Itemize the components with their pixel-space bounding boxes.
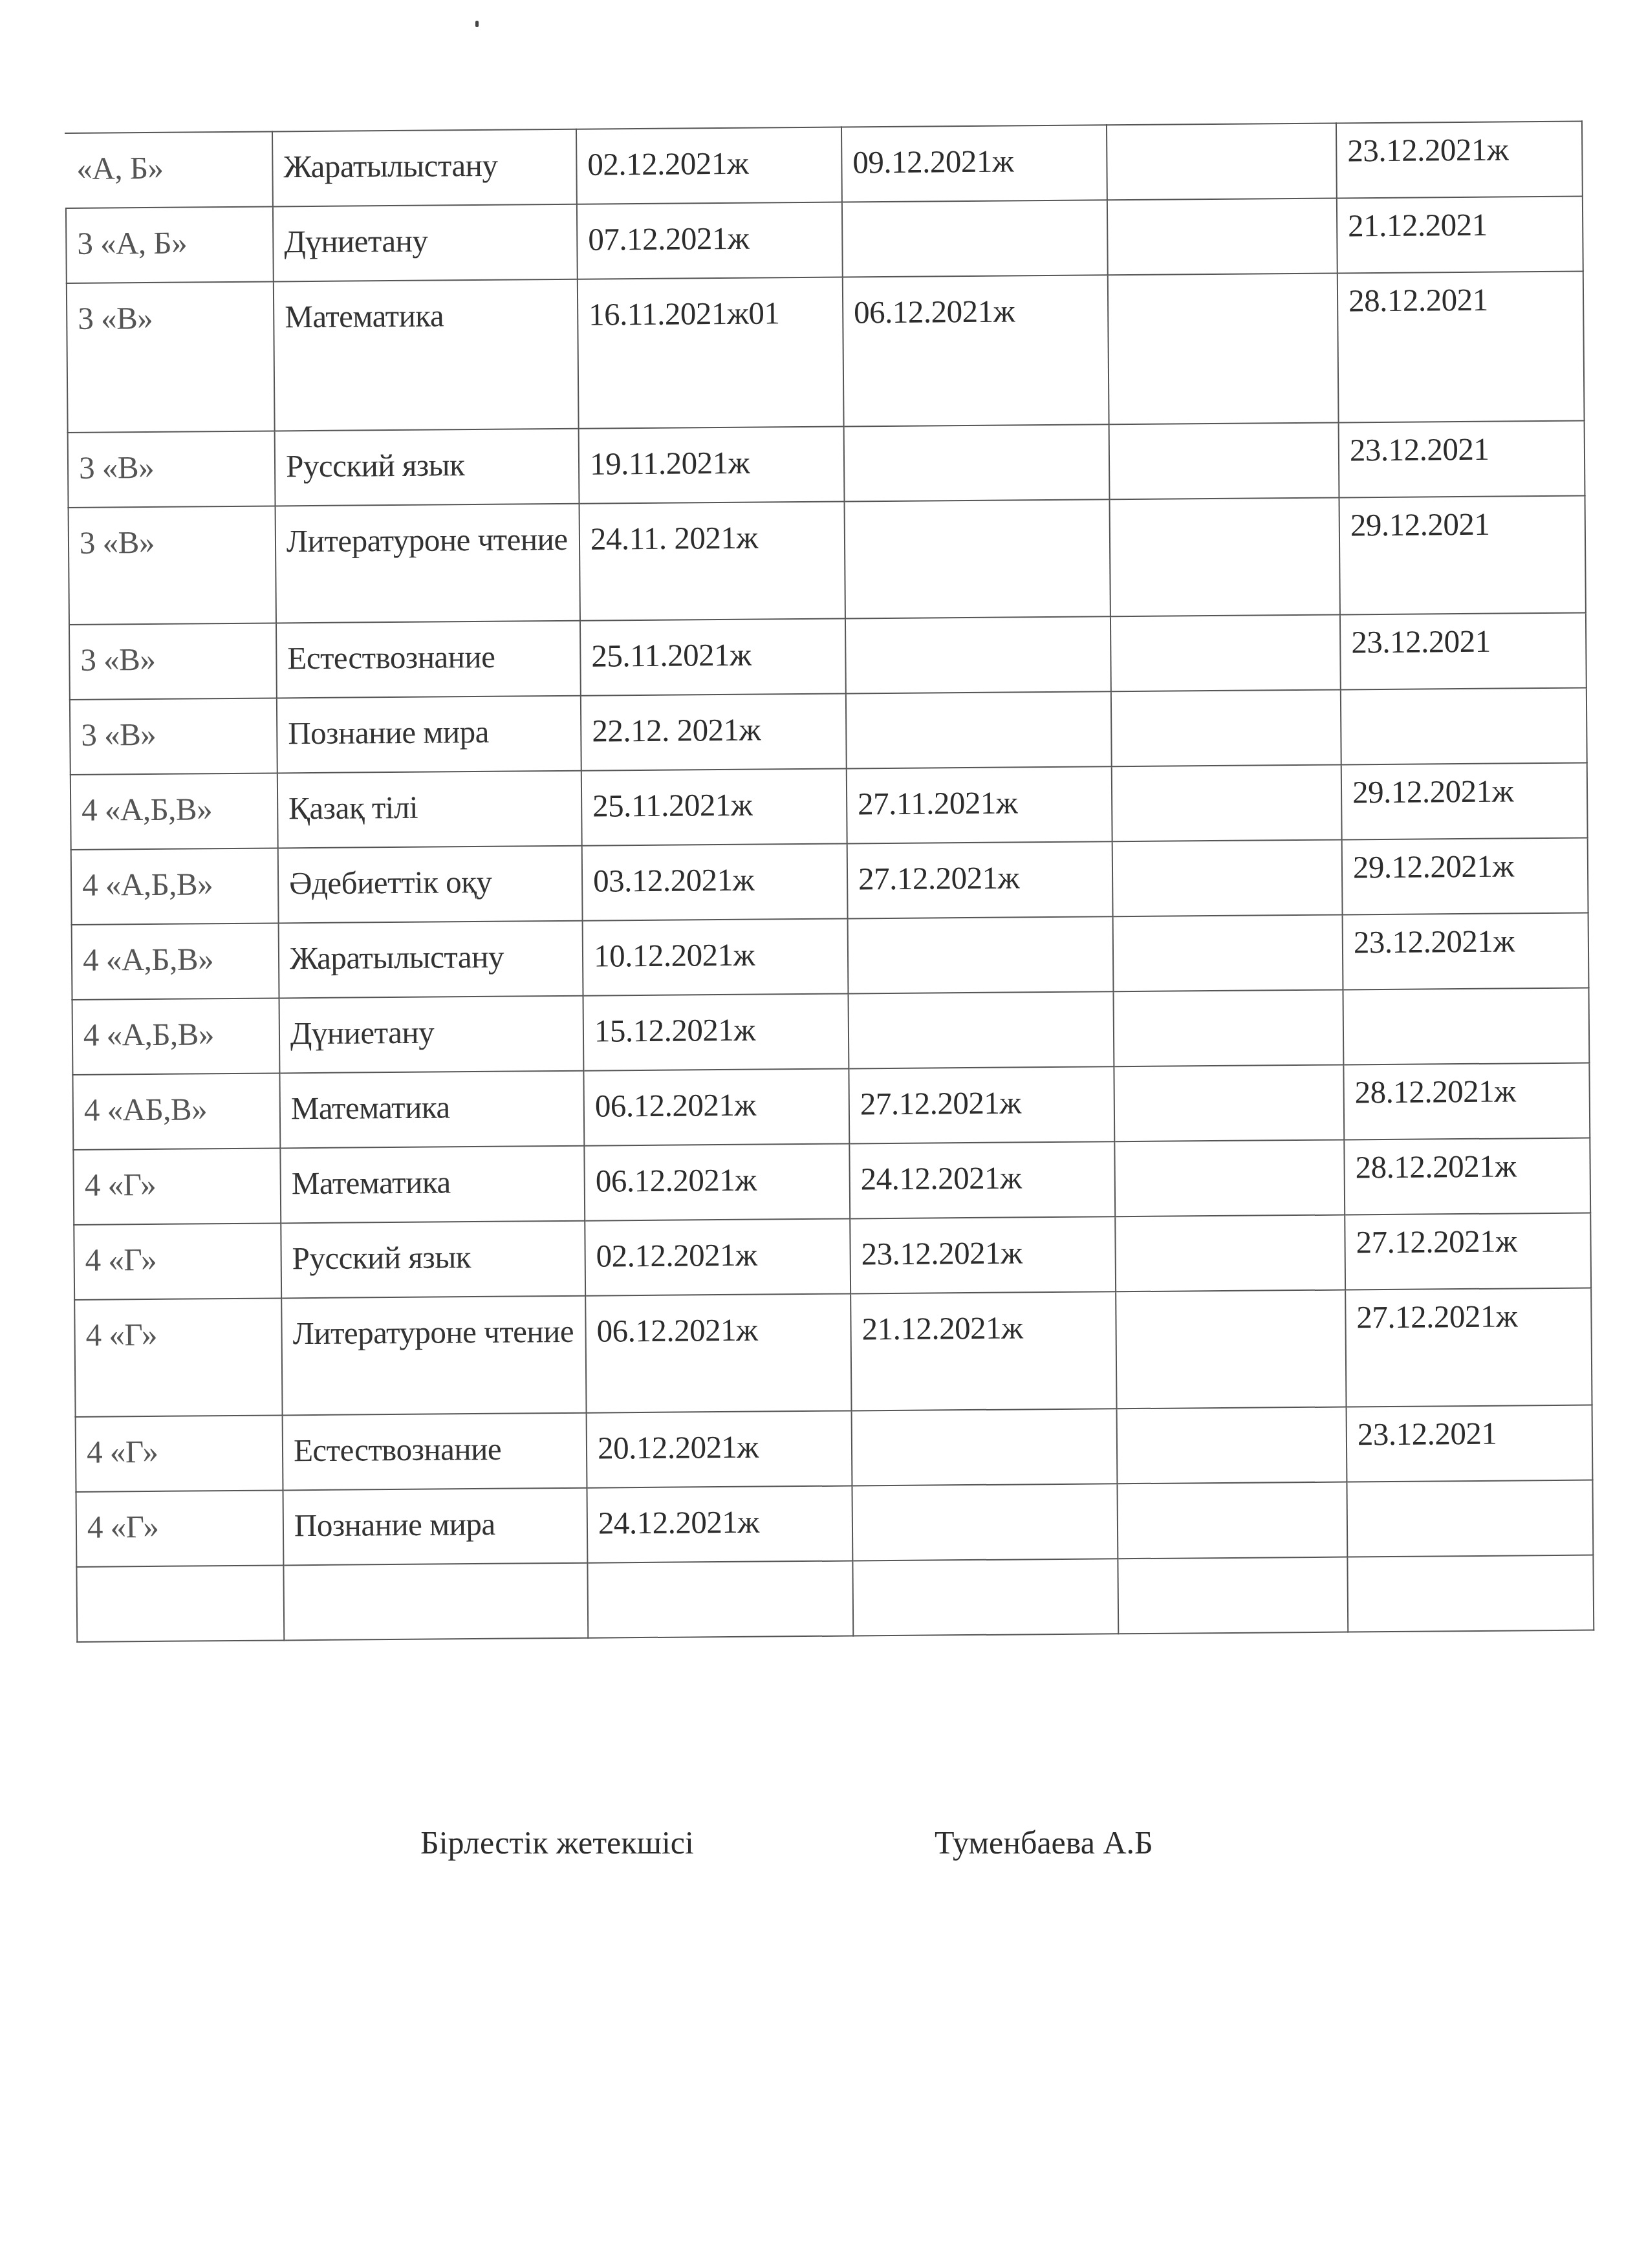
cell-date-1: 22.12. 2021ж <box>581 694 847 771</box>
cell-subject: Русский язык <box>275 429 579 506</box>
cell-class: 4 «А,Б,В» <box>72 923 279 1000</box>
cell-date-2 <box>848 991 1114 1068</box>
signature-role: Бірлестік жетекшісі <box>420 1824 694 1861</box>
table-row: 4 «Г»Литературоне чтение06.12.2021ж21.12… <box>74 1288 1592 1417</box>
cell-date-2: 24.12.2021ж <box>849 1141 1115 1218</box>
cell-date-1: 24.11. 2021ж <box>579 502 845 621</box>
cell-date-3 <box>1107 199 1337 275</box>
cell-date-4: 27.12.2021ж <box>1345 1288 1592 1407</box>
cell-class: 4 «А,Б,В» <box>71 848 279 925</box>
cell-date-2 <box>848 916 1114 993</box>
cell-date-2: 27.11.2021ж <box>847 766 1112 843</box>
cell-subject: Дүниетану <box>273 204 578 282</box>
cell-date-2 <box>852 1409 1118 1485</box>
cell-date-4: 29.12.2021 <box>1339 496 1585 615</box>
table-row: 4 «Г»Познание мира24.12.2021ж <box>76 1480 1594 1567</box>
cell-date-3 <box>1110 615 1341 692</box>
cell-date-3 <box>1117 1482 1347 1559</box>
cell-class: 3 «А, Б» <box>66 206 274 283</box>
cell-subject: Литературоне чтение <box>276 504 580 623</box>
cell-date-1: 07.12.2021ж <box>577 202 843 279</box>
cell-date-4: 21.12.2021 <box>1337 197 1583 274</box>
cell-subject <box>283 1563 588 1641</box>
cell-date-3 <box>1111 690 1341 767</box>
cell-date-1: 02.12.2021ж <box>585 1219 850 1296</box>
cell-date-2 <box>842 200 1108 277</box>
table-row: 4 «А,Б,В»Қазақ тілі25.11.2021ж27.11.2021… <box>70 763 1588 850</box>
cell-class: 4 «Г» <box>74 1298 282 1417</box>
cell-subject: Естествознание <box>276 621 581 698</box>
table-row: 4 «Г»Математика06.12.2021ж24.12.2021ж28.… <box>73 1138 1590 1225</box>
cell-date-4: 28.12.2021 <box>1337 272 1585 423</box>
cell-subject: Русский язык <box>281 1221 585 1299</box>
cell-date-1: 15.12.2021ж <box>583 994 849 1071</box>
table-row: «А, Б»Жаратылыстану02.12.2021ж09.12.2021… <box>65 122 1583 208</box>
table-row: 3 «В»Естествознание25.11.2021ж23.12.2021 <box>69 613 1586 700</box>
cell-date-1: 19.11.2021ж <box>579 427 845 504</box>
cell-date-3 <box>1114 1140 1345 1217</box>
cell-date-3 <box>1108 274 1339 425</box>
signature-name: Туменбаева А.Б <box>935 1824 1153 1861</box>
cell-date-4 <box>1347 1555 1594 1632</box>
table-row: 4 «АБ,В»Математика06.12.2021ж27.12.2021ж… <box>72 1063 1590 1150</box>
table-row: 3 «В»Познание мира22.12. 2021ж <box>70 688 1587 775</box>
cell-date-1: 25.11.2021ж <box>580 619 846 696</box>
cell-date-2 <box>852 1559 1118 1636</box>
cell-date-3 <box>1113 990 1343 1067</box>
cell-subject: Познание мира <box>277 696 581 773</box>
cell-date-4: 23.12.2021 <box>1347 1405 1593 1482</box>
cell-date-1: 24.12.2021ж <box>587 1486 852 1563</box>
table-row: 4 «А,Б,В»Әдебиеттік оқу03.12.2021ж27.12.… <box>71 838 1588 925</box>
cell-date-3 <box>1112 840 1343 917</box>
cell-subject: Жаратылыстану <box>279 921 583 999</box>
cell-date-4: 23.12.2021ж <box>1343 913 1589 990</box>
cell-date-3 <box>1107 124 1337 200</box>
cell-class: «А, Б» <box>65 131 273 208</box>
scan-speck <box>475 21 479 27</box>
cell-date-2: 23.12.2021ж <box>850 1216 1116 1293</box>
cell-date-1: 25.11.2021ж <box>581 769 847 846</box>
cell-date-2: 27.12.2021ж <box>849 1066 1114 1143</box>
cell-class: 3 «В» <box>69 623 277 700</box>
schedule-table-body: «А, Б»Жаратылыстану02.12.2021ж09.12.2021… <box>65 122 1594 1642</box>
cell-date-4: 23.12.2021ж <box>1336 122 1583 199</box>
cell-date-1: 06.12.2021ж <box>584 1144 850 1221</box>
cell-subject: Математика <box>279 1071 584 1149</box>
cell-date-1: 20.12.2021ж <box>587 1411 852 1488</box>
cell-subject: Литературоне чтение <box>281 1296 586 1416</box>
cell-date-2 <box>845 499 1110 618</box>
cell-date-4 <box>1347 1480 1593 1557</box>
cell-class: 4 «А,Б,В» <box>70 773 278 850</box>
cell-date-1: 10.12.2021ж <box>583 919 849 996</box>
cell-class: 4 «Г» <box>76 1490 284 1567</box>
cell-class: 4 «Г» <box>76 1415 283 1492</box>
table-row: 4 «А,Б,В»Дүниетану15.12.2021ж <box>72 988 1590 1075</box>
cell-date-2 <box>844 424 1110 501</box>
cell-date-3 <box>1114 1065 1344 1142</box>
table-row: 3 «В»Математика16.11.2021ж0106.12.2021ж2… <box>67 272 1585 433</box>
cell-date-2: 27.12.2021ж <box>847 841 1113 918</box>
cell-subject: Дүниетану <box>279 996 584 1074</box>
cell-class: 3 «В» <box>70 698 277 775</box>
cell-date-4: 28.12.2021ж <box>1344 1138 1590 1215</box>
cell-date-3 <box>1112 765 1342 842</box>
table-row: 3 «В»Русский язык19.11.2021ж23.12.2021 <box>68 421 1585 508</box>
cell-date-4: 28.12.2021ж <box>1343 1063 1590 1140</box>
cell-date-3 <box>1115 1215 1345 1292</box>
cell-class: 4 «Г» <box>73 1148 281 1225</box>
cell-date-3 <box>1116 1290 1346 1409</box>
cell-date-1 <box>587 1561 853 1637</box>
cell-class: 3 «В» <box>67 281 275 433</box>
cell-date-1: 06.12.2021ж <box>585 1294 851 1413</box>
cell-class: 3 «В» <box>68 431 276 508</box>
cell-date-2 <box>852 1484 1118 1561</box>
cell-date-2: 09.12.2021ж <box>841 125 1107 202</box>
cell-date-2: 21.12.2021ж <box>850 1291 1116 1410</box>
schedule-table: «А, Б»Жаратылыстану02.12.2021ж09.12.2021… <box>65 121 1594 1643</box>
table-row: 3 «А, Б»Дүниетану07.12.2021ж21.12.2021 <box>66 197 1583 283</box>
cell-subject: Естествознание <box>283 1413 587 1491</box>
cell-subject: Познание мира <box>283 1488 587 1566</box>
cell-date-2: 06.12.2021ж <box>843 275 1109 426</box>
table-row <box>76 1555 1594 1642</box>
table-row: 4 «Г»Естествознание20.12.2021ж23.12.2021 <box>76 1405 1593 1492</box>
cell-date-3 <box>1118 1557 1348 1634</box>
cell-class: 4 «АБ,В» <box>72 1073 280 1150</box>
cell-date-1: 06.12.2021ж <box>583 1069 849 1146</box>
scanned-page: «А, Б»Жаратылыстану02.12.2021ж09.12.2021… <box>0 0 1635 2268</box>
cell-date-3 <box>1113 915 1343 992</box>
cell-subject: Жаратылыстану <box>272 129 577 207</box>
cell-date-3 <box>1110 498 1340 617</box>
cell-class: 4 «А,Б,В» <box>72 998 280 1075</box>
cell-subject: Әдебиеттік оқу <box>278 846 583 923</box>
cell-class: 3 «В» <box>69 506 276 625</box>
cell-date-1: 03.12.2021ж <box>582 844 848 921</box>
cell-date-2 <box>845 616 1111 693</box>
cell-date-4: 23.12.2021 <box>1339 421 1585 498</box>
cell-subject: Математика <box>280 1146 585 1224</box>
cell-class <box>76 1565 284 1642</box>
table-row: 4 «А,Б,В»Жаратылыстану10.12.2021ж23.12.2… <box>72 913 1589 1000</box>
schedule-table-container: «А, Б»Жаратылыстану02.12.2021ж09.12.2021… <box>65 121 1593 1643</box>
cell-date-4: 23.12.2021 <box>1340 613 1586 690</box>
cell-subject: Математика <box>274 279 579 431</box>
cell-class: 4 «Г» <box>74 1223 281 1300</box>
cell-subject: Қазақ тілі <box>277 771 582 848</box>
table-row: 4 «Г»Русский язык02.12.2021ж23.12.2021ж2… <box>74 1213 1591 1300</box>
cell-date-4: 27.12.2021ж <box>1345 1213 1591 1290</box>
cell-date-4: 29.12.2021ж <box>1342 838 1588 915</box>
cell-date-3 <box>1117 1407 1347 1484</box>
cell-date-1: 16.11.2021ж01 <box>578 277 844 429</box>
cell-date-4 <box>1343 988 1589 1065</box>
cell-date-1: 02.12.2021ж <box>576 127 842 204</box>
cell-date-2 <box>846 691 1112 768</box>
cell-date-4 <box>1341 688 1587 765</box>
cell-date-3 <box>1109 423 1339 500</box>
table-row: 3 «В»Литературоне чтение24.11. 2021ж29.1… <box>69 496 1586 625</box>
cell-date-4: 29.12.2021ж <box>1341 763 1588 840</box>
